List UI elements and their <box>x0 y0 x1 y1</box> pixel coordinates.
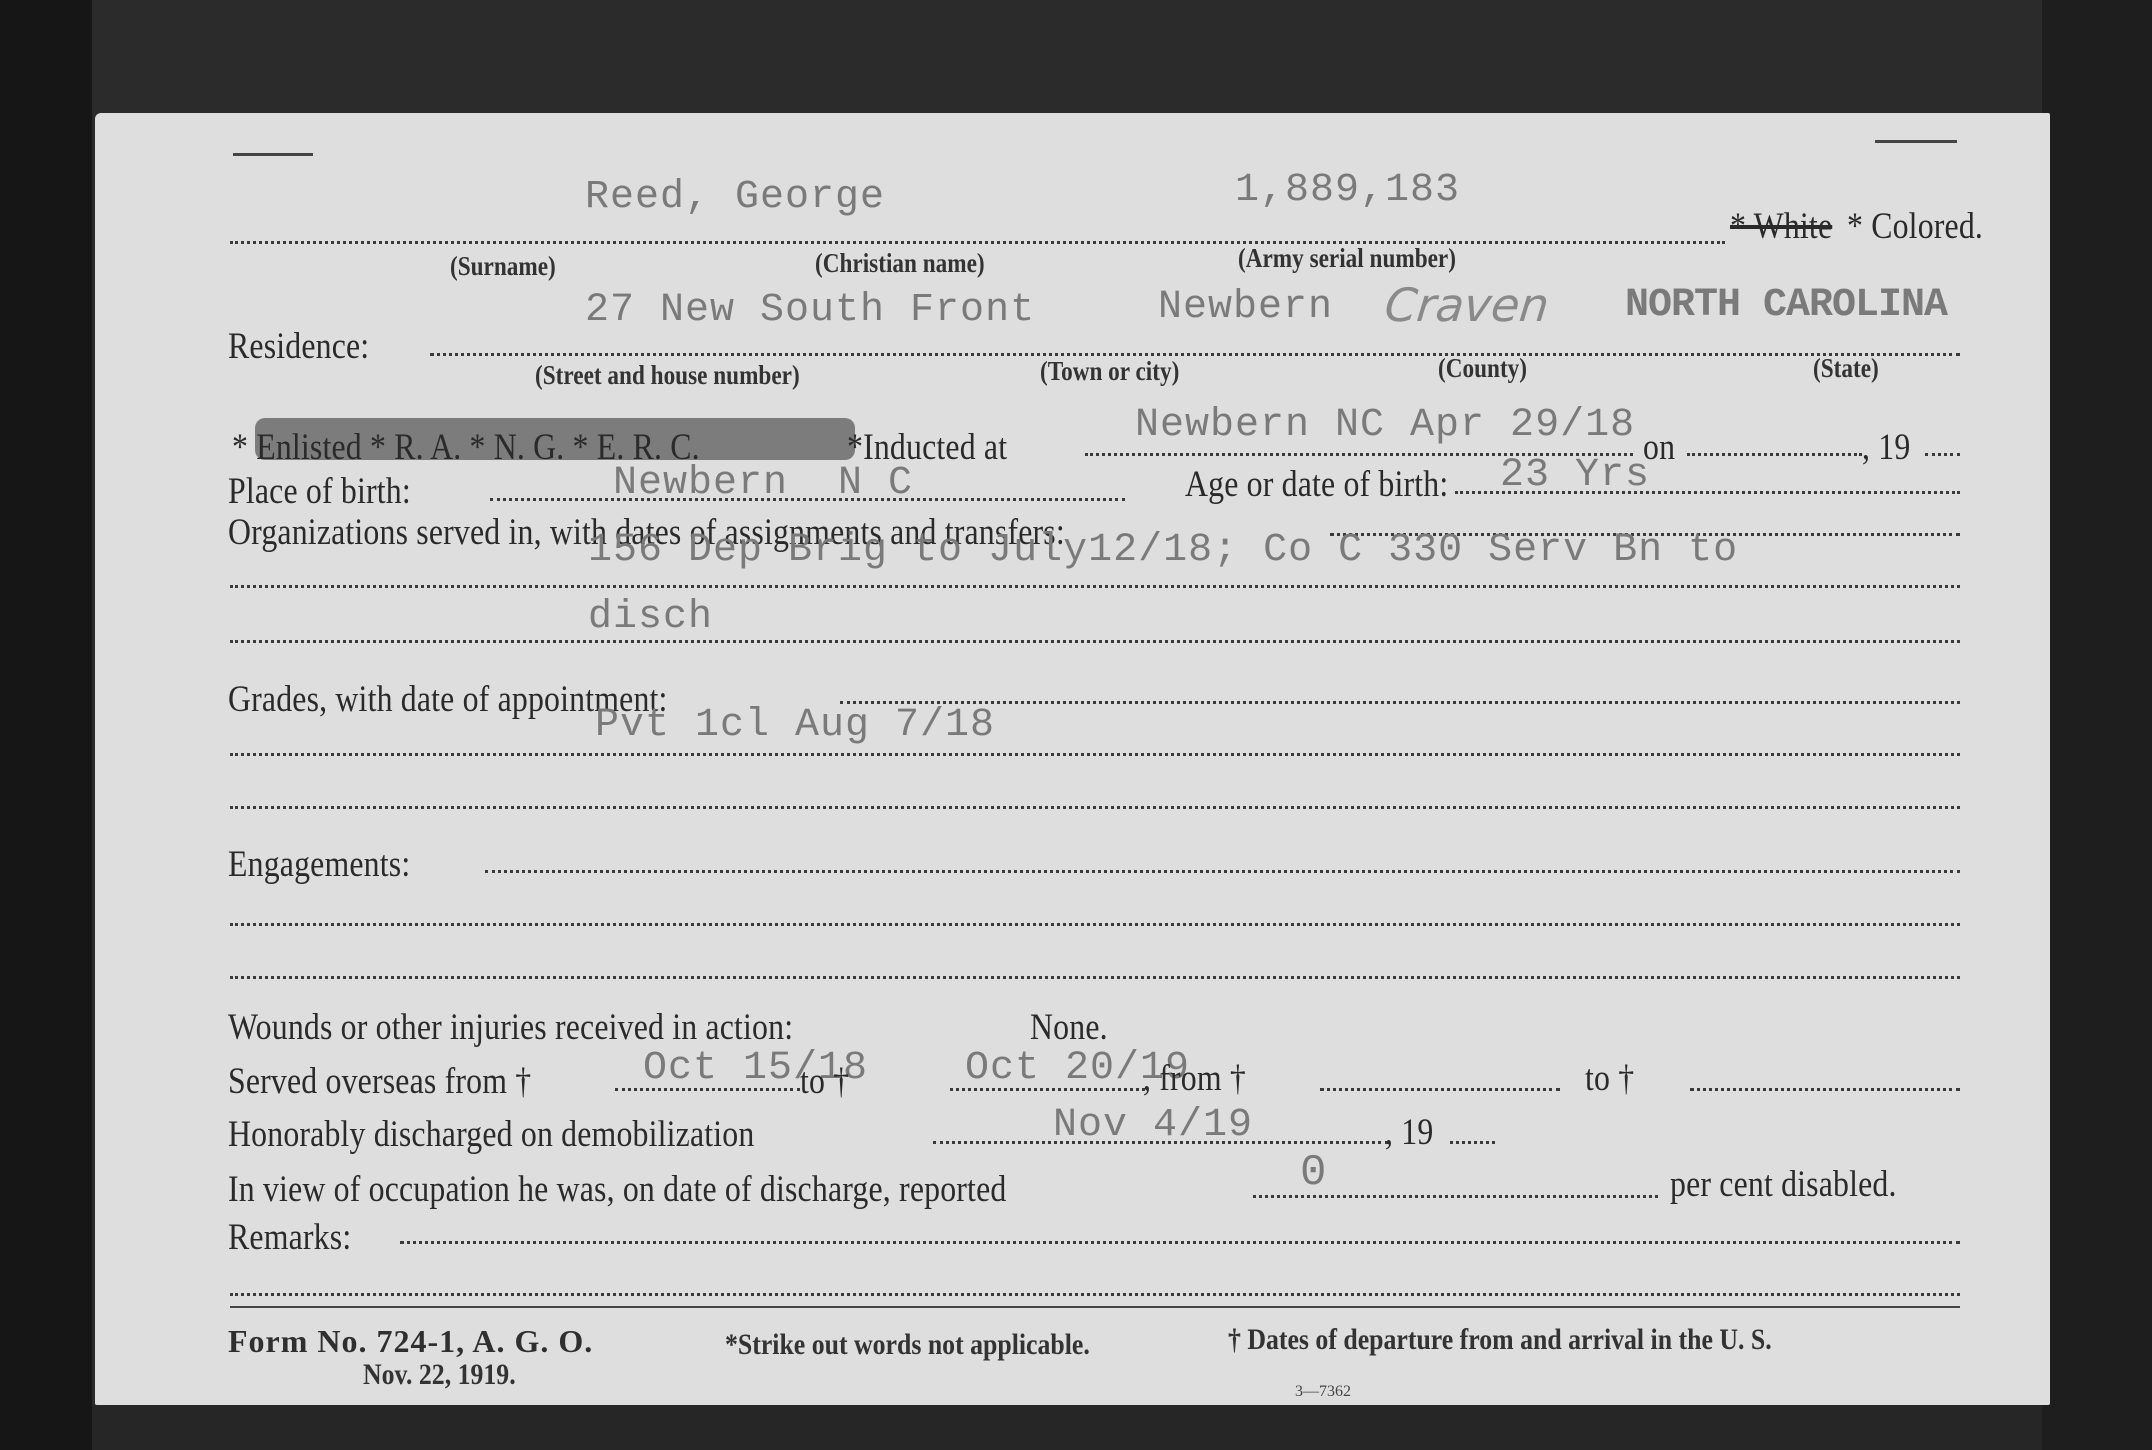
scan-background-bottom <box>92 1405 2042 1450</box>
footer-rule <box>230 1306 1960 1308</box>
overseas-to2-line <box>1690 1088 1960 1091</box>
disability-suffix: per cent disabled. <box>1670 1163 1897 1206</box>
inducted-year-label: , 19 <box>1862 426 1910 469</box>
organizations-value-line2: disch <box>588 595 713 640</box>
form-number: Form No. 724-1, A. G. O. <box>228 1323 593 1360</box>
residence-county-value: Craven <box>1382 278 1552 332</box>
overseas-from-line <box>615 1088 800 1091</box>
caption-street: (Street and house number) <box>535 360 800 391</box>
race-white-struck: * White <box>1730 205 1832 248</box>
residence-label: Residence: <box>228 325 369 368</box>
engagements-line-2 <box>230 976 1960 979</box>
scan-background-right <box>2042 0 2152 1450</box>
overseas-from2-line <box>1320 1088 1560 1091</box>
remarks-label: Remarks: <box>228 1216 351 1259</box>
serial-number-value: 1,889,183 <box>1235 168 1460 213</box>
footnote-dates: † Dates of departure from and arrival in… <box>1228 1323 1772 1357</box>
wounds-value: None. <box>1030 1006 1108 1049</box>
grades-line-0 <box>840 701 1960 704</box>
place-of-birth-line <box>490 498 1125 501</box>
caption-serial-number: (Army serial number) <box>1238 243 1456 274</box>
grades-line-2 <box>230 806 1960 809</box>
organizations-value-line1: 156 Dep Brig to July12/18; Co C 330 Serv… <box>588 528 1738 573</box>
overseas-to2-label: to † <box>1585 1057 1634 1100</box>
overseas-to-line <box>950 1088 1145 1091</box>
remarks-line-0 <box>400 1241 1960 1244</box>
discharge-label: Honorably discharged on demobilization <box>228 1113 754 1156</box>
caption-state: (State) <box>1813 353 1879 384</box>
residence-line <box>430 353 1960 356</box>
caption-county: (County) <box>1438 353 1527 384</box>
disability-value: 0 <box>1300 1148 1327 1198</box>
race-colored: * Colored. <box>1847 205 1983 248</box>
residence-town-value: Newbern <box>1158 285 1333 330</box>
organizations-line-2 <box>230 640 1960 643</box>
engagements-label: Engagements: <box>228 843 410 886</box>
overseas-from-label: Served overseas from † <box>228 1060 531 1103</box>
engagements-line-0 <box>485 870 1960 873</box>
discharge-year-label: , 19 <box>1385 1111 1433 1154</box>
disability-line <box>1253 1195 1658 1198</box>
caption-christian-name: (Christian name) <box>815 248 985 279</box>
place-of-birth-label: Place of birth: <box>228 470 411 513</box>
top-right-rule <box>1875 140 1957 143</box>
discharge-line <box>933 1141 1388 1144</box>
age-line <box>1455 491 1960 494</box>
surname-value: Reed, George <box>585 175 885 220</box>
discharge-year-line <box>1450 1141 1495 1144</box>
overseas-to-label: to † <box>800 1060 849 1103</box>
grades-line-1 <box>230 753 1960 756</box>
wounds-label: Wounds or other injuries received in act… <box>228 1006 793 1049</box>
engagements-line-1 <box>230 923 1960 926</box>
inducted-on-line <box>1687 453 1862 456</box>
residence-state-value: NORTH CAROLINA <box>1625 283 1947 328</box>
print-code: 3—7362 <box>1295 1383 1351 1401</box>
grades-value: Pvt 1cl Aug 7/18 <box>595 703 995 748</box>
disability-label: In view of occupation he was, on date of… <box>228 1168 1006 1211</box>
footnote-strike: *Strike out words not applicable. <box>725 1328 1090 1362</box>
organizations-line-1 <box>230 585 1960 588</box>
service-record-card: Reed, George 1,889,183 * White * Colored… <box>95 113 2050 1405</box>
remarks-line-1 <box>230 1293 1960 1296</box>
name-serial-line <box>230 241 1725 244</box>
overseas-from2-label: , from † <box>1143 1057 1246 1100</box>
residence-street-value: 27 New South Front <box>585 288 1035 333</box>
form-date: Nov. 22, 1919. <box>363 1358 516 1392</box>
caption-town: (Town or city) <box>1040 356 1179 387</box>
top-left-rule <box>233 153 313 156</box>
scan-background-left <box>0 0 92 1450</box>
inducted-at-value: Newbern NC Apr 29/18 <box>1135 403 1635 448</box>
caption-surname: (Surname) <box>450 251 556 282</box>
inducted-year-line <box>1925 453 1960 456</box>
age-label: Age or date of birth: <box>1185 463 1448 506</box>
